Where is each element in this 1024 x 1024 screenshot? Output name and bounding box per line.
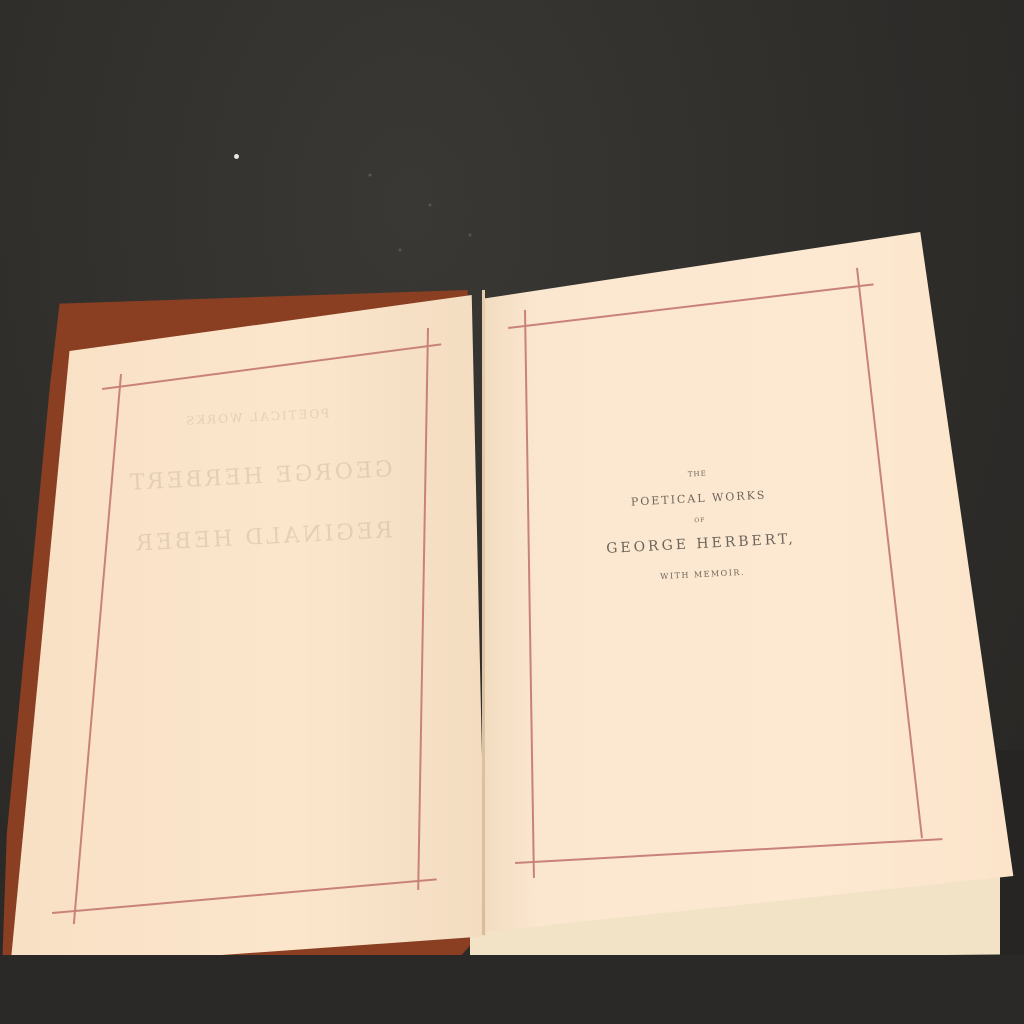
book-gutter <box>482 290 485 935</box>
wood-scuff-marks <box>330 130 530 280</box>
show-through-text: POETICAL WORKS GEORGE HERBERT REGINALD H… <box>107 402 414 558</box>
author-name: GEORGE HERBERT, <box>561 529 841 560</box>
title-works: POETICAL WORKS <box>558 485 838 513</box>
shelf-surface <box>0 955 1024 1024</box>
photo-scene: POETICAL WORKS GEORGE HERBERT REGINALD H… <box>0 0 1024 1024</box>
left-page <box>10 295 486 970</box>
title-of: OF <box>560 510 840 532</box>
ghost-line: GEORGE HERBERT <box>109 456 410 497</box>
title-page-text: THE POETICAL WORKS OF GEORGE HERBERT, WI… <box>557 463 842 587</box>
dust-speck <box>234 154 239 159</box>
